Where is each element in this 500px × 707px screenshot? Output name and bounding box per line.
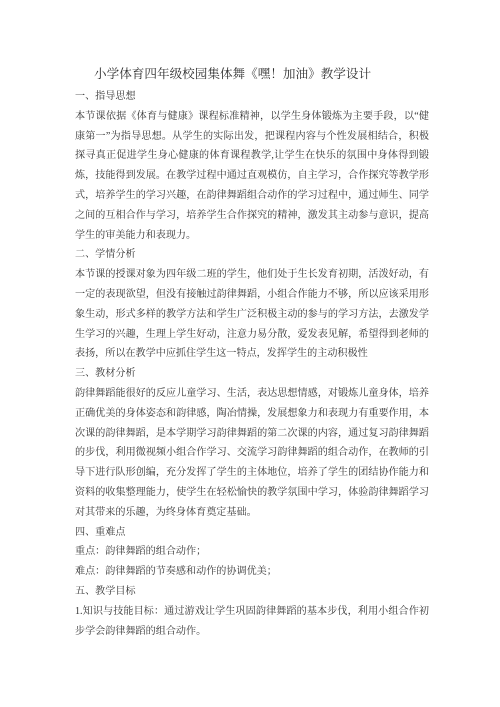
paragraph-knowledge-skill-objective: 1.知识与技能目标：通过游戏让学生巩固韵律舞蹈的基本步伐，利用小组合作初步学会韵… <box>75 602 429 642</box>
paragraph-guiding-ideology: 本节课依据《体育与健康》课程标准精神，以学生身体锻炼为主要手段，以“健康第一”为… <box>75 107 429 246</box>
section-heading-material-analysis: 三、教材分析 <box>75 364 429 384</box>
paragraph-key-point: 重点：韵律舞蹈的组合动作； <box>75 542 429 562</box>
document-title: 小学体育四年级校园集体舞《嘿！加油》教学设计 <box>75 61 429 87</box>
section-guiding-ideology: 一、指导思想 本节课依据《体育与健康》课程标准精神，以学生身体锻炼为主要手段，以… <box>75 87 429 245</box>
document-page: 小学体育四年级校园集体舞《嘿！加油》教学设计 一、指导思想 本节课依据《体育与健… <box>75 61 429 641</box>
section-student-analysis: 二、学情分析 本节课的授课对象为四年级二班的学生，他们处于生长发育初期，活泼好动… <box>75 245 429 364</box>
section-key-difficult-points: 四、重难点 重点：韵律舞蹈的组合动作； 难点：韵律舞蹈的节奏感和动作的协调优美； <box>75 523 429 582</box>
section-teaching-objectives: 五、教学目标 1.知识与技能目标：通过游戏让学生巩固韵律舞蹈的基本步伐，利用小组… <box>75 582 429 641</box>
section-heading-key-difficult-points: 四、重难点 <box>75 523 429 543</box>
paragraph-student-analysis: 本节课的授课对象为四年级二班的学生，他们处于生长发育初期，活泼好动，有一定的表现… <box>75 265 429 364</box>
section-heading-guiding-ideology: 一、指导思想 <box>75 87 429 107</box>
paragraph-material-analysis: 韵律舞蹈能很好的反应儿童学习、生活，表达思想情感，对锻炼儿童身体，培养正确优美的… <box>75 384 429 523</box>
paragraph-difficult-point: 难点：韵律舞蹈的节奏感和动作的协调优美； <box>75 562 429 582</box>
section-heading-teaching-objectives: 五、教学目标 <box>75 582 429 602</box>
section-heading-student-analysis: 二、学情分析 <box>75 245 429 265</box>
section-material-analysis: 三、教材分析 韵律舞蹈能很好的反应儿童学习、生活，表达思想情感，对锻炼儿童身体，… <box>75 364 429 522</box>
